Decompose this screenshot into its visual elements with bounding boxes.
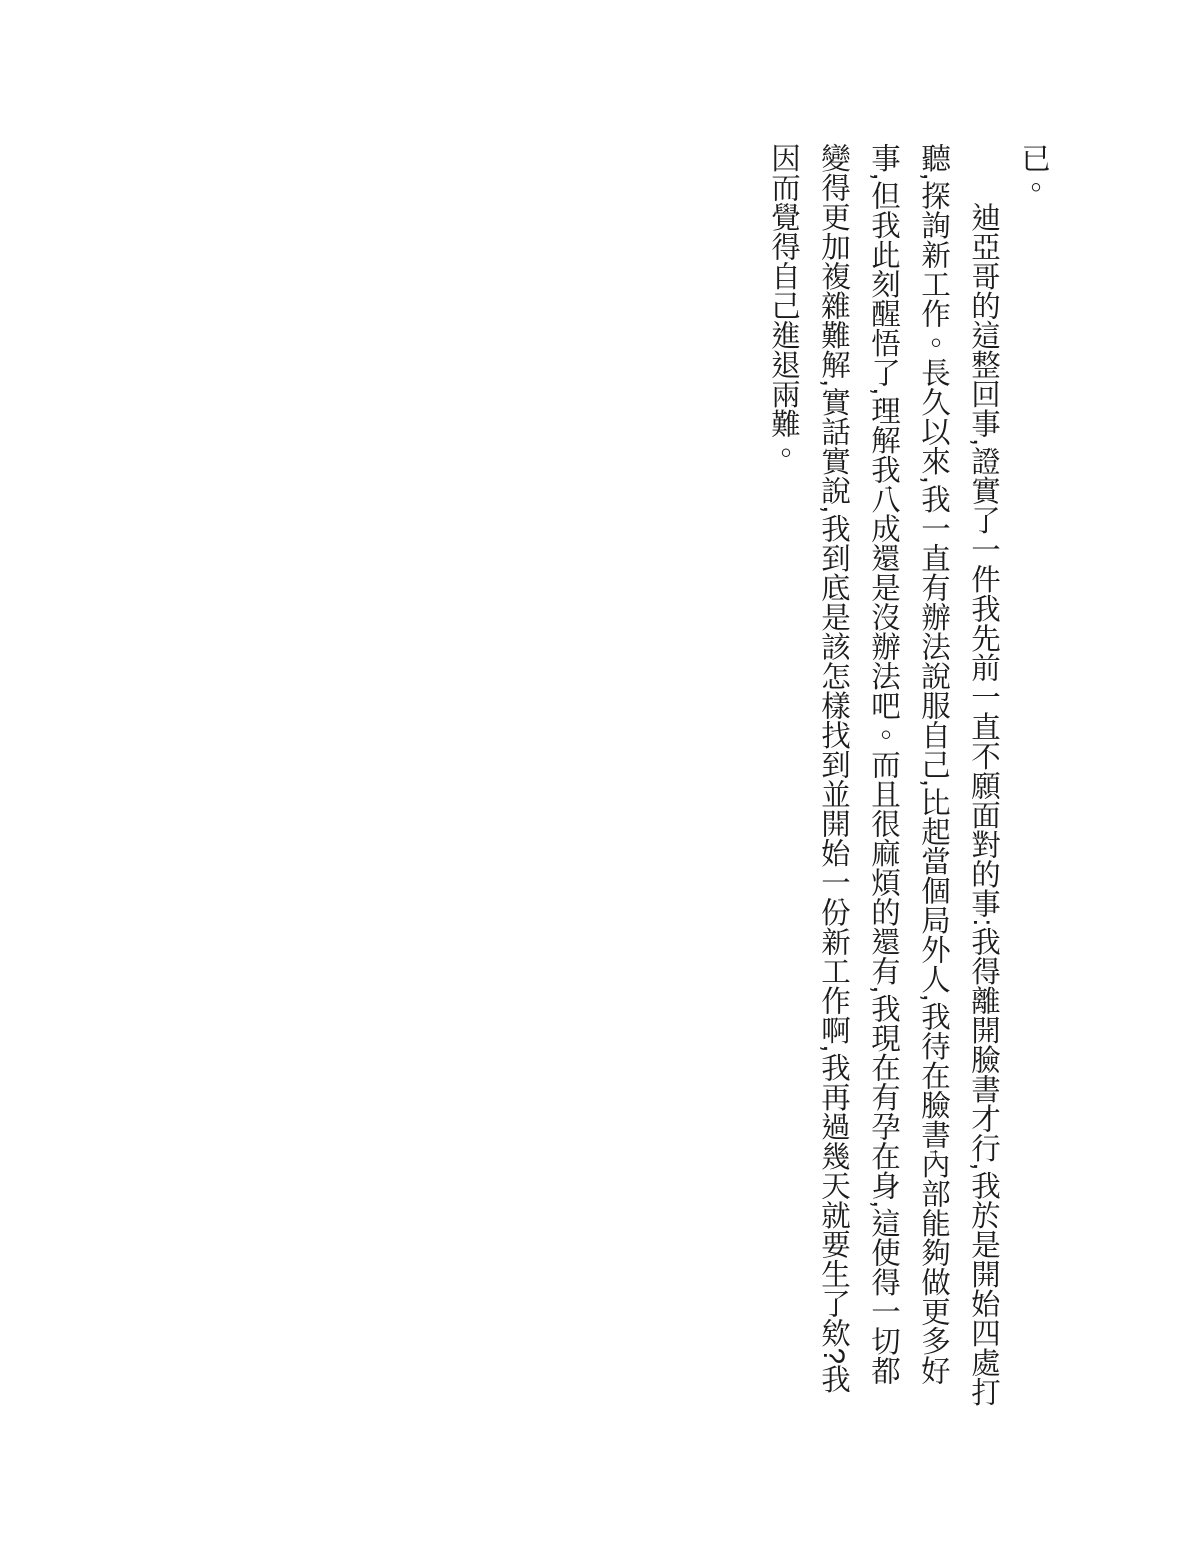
vertical-text-block: 已。 迪亞哥的這整回事,證實了一件我先前一直不願面對的事:我得離開臉書才行,我於…	[758, 143, 1058, 1412]
book-page: 已。 迪亞哥的這整回事,證實了一件我先前一直不願面對的事:我得離開臉書才行,我於…	[0, 0, 1200, 1553]
paragraph-body: 迪亞哥的這整回事,證實了一件我先前一直不願面對的事:我得離開臉書才行,我於是開始…	[758, 143, 1008, 1412]
paragraph-ending: 已。	[1008, 143, 1058, 1412]
